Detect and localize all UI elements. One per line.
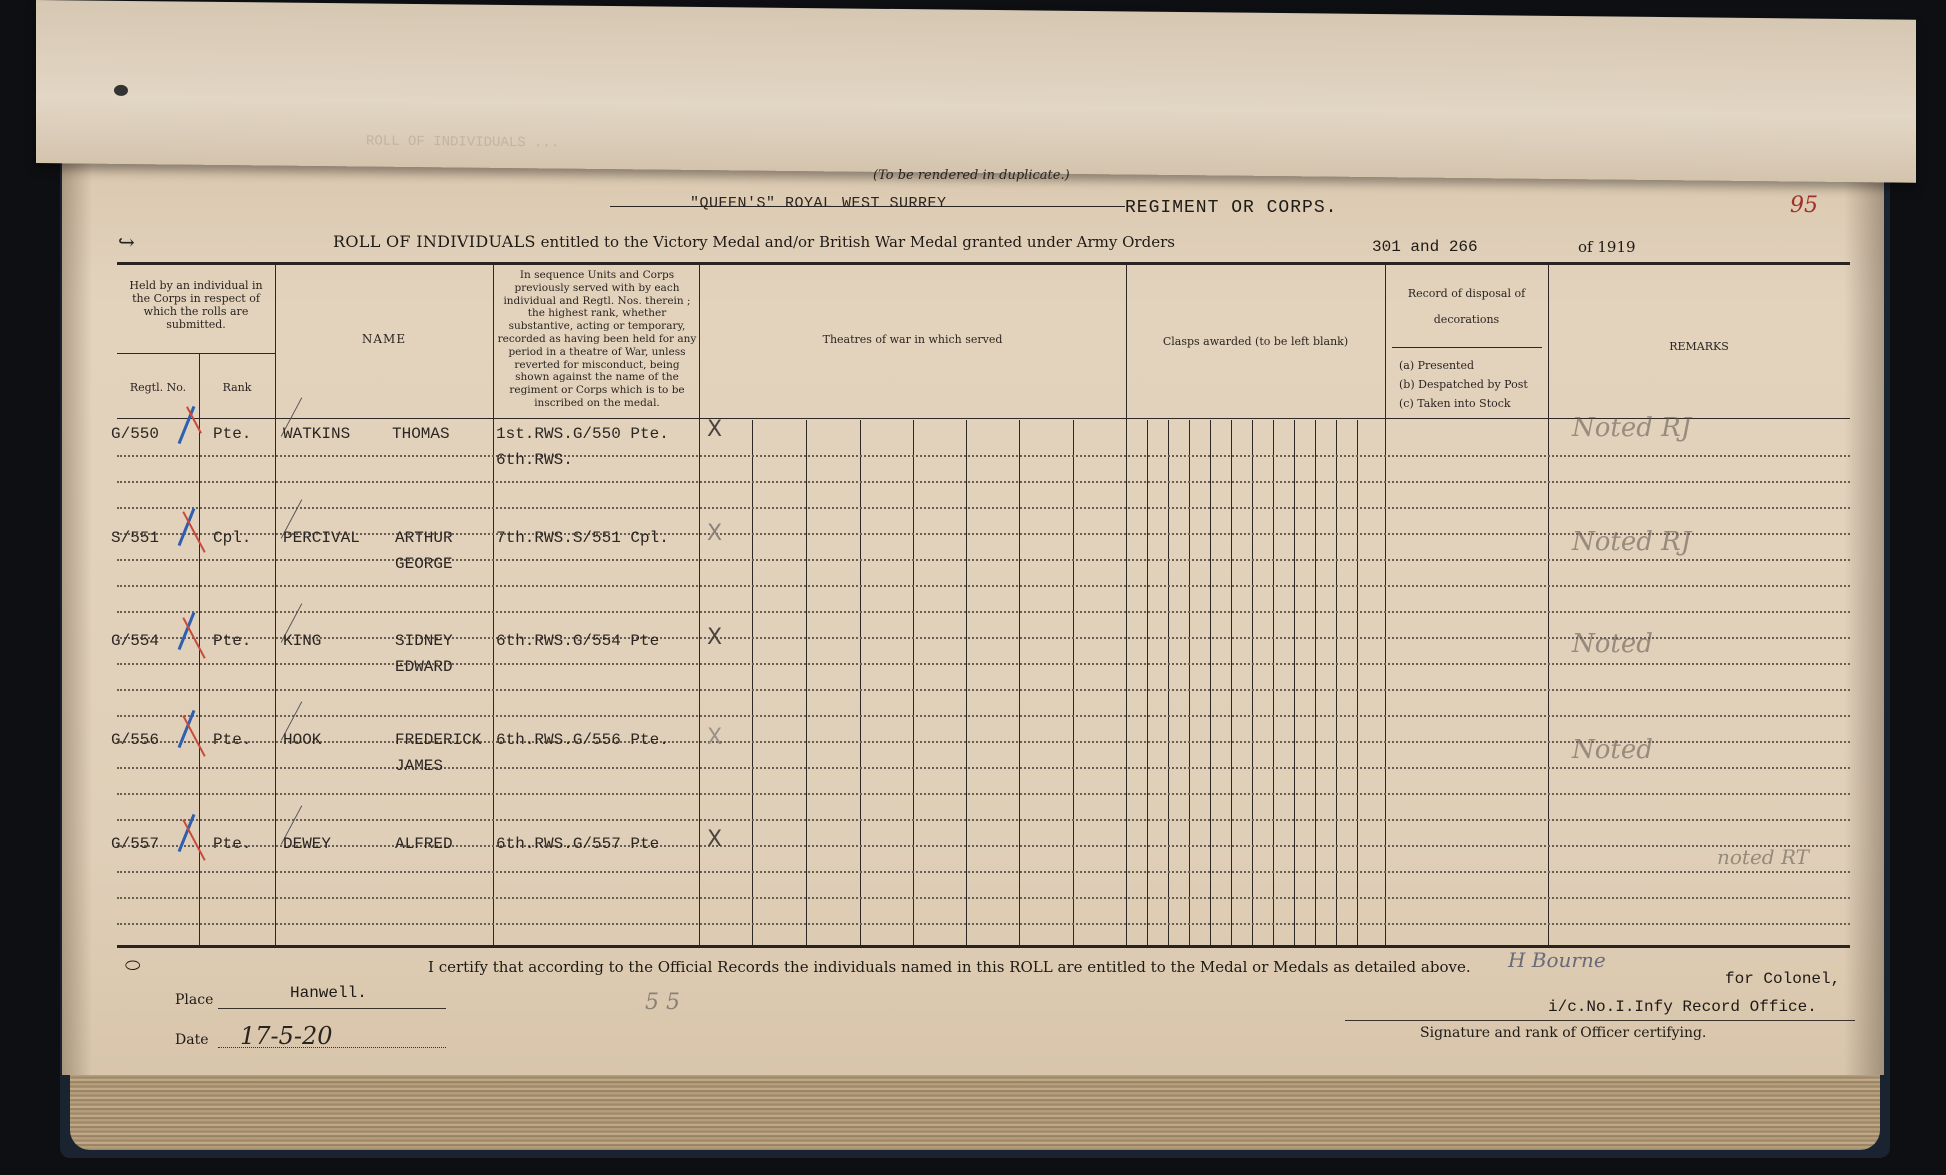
theatre-subcol [913, 420, 914, 948]
regtl-no: G/556 [111, 731, 159, 749]
remark: Noted [1572, 629, 1653, 659]
surname: KING [283, 632, 321, 650]
clasp-subcol [1273, 420, 1274, 948]
medal-roll-table: Held by an individual in the Corps in re… [117, 262, 1850, 948]
units-line-1: 1st.RWS.G/550 Pte. [496, 425, 669, 443]
bleed-through-text: ROLL OF INDIVIDUALS ... [366, 133, 559, 151]
remark: Noted [1572, 735, 1653, 765]
theatre-subcol [806, 420, 807, 948]
folded-previous-page: ROLL OF INDIVIDUALS ... [36, 0, 1916, 183]
tally-note: 5 5 [645, 990, 680, 1015]
units-line-2: 6th.RWS. [496, 451, 573, 469]
clasp-subcol [1336, 420, 1337, 948]
roll-title-rest: entitled to the Victory Medal and/or Bri… [536, 233, 1175, 251]
theatre-mark: X [707, 827, 722, 852]
theatre-subcol [966, 420, 967, 948]
ruled-line [117, 871, 1850, 873]
surname: HOOK [283, 731, 321, 749]
units-line-1: 6th.RWS.G/554 Pte [496, 632, 659, 650]
header-name: NAME [275, 333, 493, 346]
roll-title-bold: ROLL OF INDIVIDUALS [333, 232, 536, 251]
rank: Cpl. [213, 529, 251, 547]
ruled-line [117, 507, 1850, 509]
place-value: Hanwell. [290, 984, 367, 1002]
ruled-line [117, 481, 1850, 483]
page-edges [70, 1075, 1880, 1150]
army-orders: 301 and 266 [1372, 238, 1478, 256]
header-units-sequence: In sequence Units and Corps previously s… [497, 269, 697, 410]
surname: DEWEY [283, 835, 331, 853]
ruled-line [117, 845, 1850, 847]
header-held-by: Held by an individual in the Corps in re… [119, 279, 273, 331]
signature-line [1345, 1020, 1855, 1021]
forenames: FREDERICK [395, 731, 481, 749]
disposal-divider [1392, 347, 1542, 348]
ruled-line [117, 715, 1850, 717]
header-rank: Rank [199, 381, 275, 394]
page-shadow-right [1844, 145, 1884, 1075]
signature-caption: Signature and rank of Officer certifying… [1420, 1025, 1706, 1041]
clasp-subcol [1189, 420, 1190, 948]
theatre-mark: X [707, 725, 722, 750]
ruled-line [117, 585, 1850, 587]
ruled-line [117, 819, 1850, 821]
page-shadow-left [62, 145, 92, 1075]
surname: WATKINS [283, 425, 350, 443]
theatre-subcol [752, 420, 753, 948]
clasp-subcol [1231, 420, 1232, 948]
theatre-mark: X [707, 521, 722, 546]
orders-year: of 1919 [1578, 238, 1636, 256]
ruled-line [117, 455, 1850, 457]
ruled-line [117, 611, 1850, 613]
header-regtl-no: Regtl. No. [117, 381, 199, 394]
clasp-subcol [1168, 420, 1169, 948]
regiment-label: REGIMENT OR CORPS. [1125, 198, 1337, 218]
forenames: SIDNEY [395, 632, 453, 650]
header-clasps: Clasps awarded (to be left blank) [1126, 335, 1385, 348]
red-cross-icon [182, 715, 205, 757]
header-disposal-title-2: decorations [1385, 313, 1548, 326]
ruled-line [117, 767, 1850, 769]
forenames-2: EDWARD [395, 658, 453, 676]
record-office: i/c.No.I.Infy Record Office. [1548, 998, 1817, 1016]
disposal-option-a: (a) Presented [1399, 359, 1474, 372]
forenames-2: JAMES [395, 757, 443, 775]
ruled-line [117, 663, 1850, 665]
blue-check-icon [178, 406, 196, 444]
red-cross-icon [182, 819, 205, 861]
for-colonel: for Colonel, [1725, 970, 1840, 988]
clasp-subcol [1147, 420, 1148, 948]
units-line-1: 6th.RWS.G/557 Pte [496, 835, 659, 853]
blue-check-icon [178, 612, 196, 650]
regtl-no: S/551 [111, 529, 159, 547]
theatre-subcol [1073, 420, 1074, 948]
regtl-no: G/557 [111, 835, 159, 853]
regiment-name: "QUEEN'S" ROYAL WEST SURREY [690, 195, 947, 212]
theatre-mark: X [707, 625, 722, 650]
binding-mark-icon: ↪ [118, 230, 135, 254]
ruled-line [117, 793, 1850, 795]
certification-text: I certify that according to the Official… [428, 958, 1471, 976]
theatre-mark: X [707, 417, 722, 442]
clasp-subcol [1357, 420, 1358, 948]
forenames: THOMAS [392, 425, 450, 443]
date-value: 17-5-20 [240, 1022, 333, 1050]
disposal-option-c: (c) Taken into Stock [1399, 397, 1511, 410]
officer-signature: H Bourne [1508, 948, 1606, 972]
rank: Pte. [213, 425, 251, 443]
theatre-subcol [1019, 420, 1020, 948]
rank: Pte. [213, 632, 251, 650]
remark: Noted RJ [1572, 413, 1691, 443]
page-number: 95 [1790, 193, 1818, 218]
remark: Noted RJ [1572, 527, 1691, 557]
theatre-subcol [860, 420, 861, 948]
held-by-divider [117, 353, 275, 354]
clasp-subcol [1252, 420, 1253, 948]
regtl-no: G/550 [111, 425, 159, 443]
units-line-1: 6th.RWS.G/556 Pte. [496, 731, 669, 749]
duplicate-note: (To be rendered in duplicate.) [873, 168, 1070, 183]
header-remarks: REMARKS [1548, 340, 1850, 353]
header-theatres: Theatres of war in which served [699, 333, 1126, 346]
regtl-no: G/554 [111, 632, 159, 650]
rank: Pte. [213, 731, 251, 749]
clasp-subcol [1315, 420, 1316, 948]
forenames: ALFRED [395, 835, 453, 853]
roll-title: ROLL OF INDIVIDUALS entitled to the Vict… [333, 232, 1175, 251]
ruled-line [117, 559, 1850, 561]
rank: Pte. [213, 835, 251, 853]
ruled-line [117, 923, 1850, 925]
clasp-subcol [1294, 420, 1295, 948]
date-label: Date [175, 1032, 208, 1048]
place-label: Place [175, 992, 213, 1008]
place-line [218, 1008, 446, 1009]
clasp-subcol [1210, 420, 1211, 948]
forenames: ARTHUR [395, 529, 453, 547]
hole-mark-icon: ⬭ [125, 955, 140, 976]
remark: noted RT [1717, 845, 1809, 869]
units-line-1: 7th.RWS.S/551 Cpl. [496, 529, 669, 547]
disposal-option-b: (b) Despatched by Post [1399, 378, 1528, 391]
header-disposal-title-1: Record of disposal of [1385, 287, 1548, 300]
surname: PERCIVAL [283, 529, 360, 547]
forenames-2: GEORGE [395, 555, 453, 573]
punch-hole-icon [114, 85, 128, 96]
ruled-line [117, 897, 1850, 899]
ruled-line [117, 689, 1850, 691]
